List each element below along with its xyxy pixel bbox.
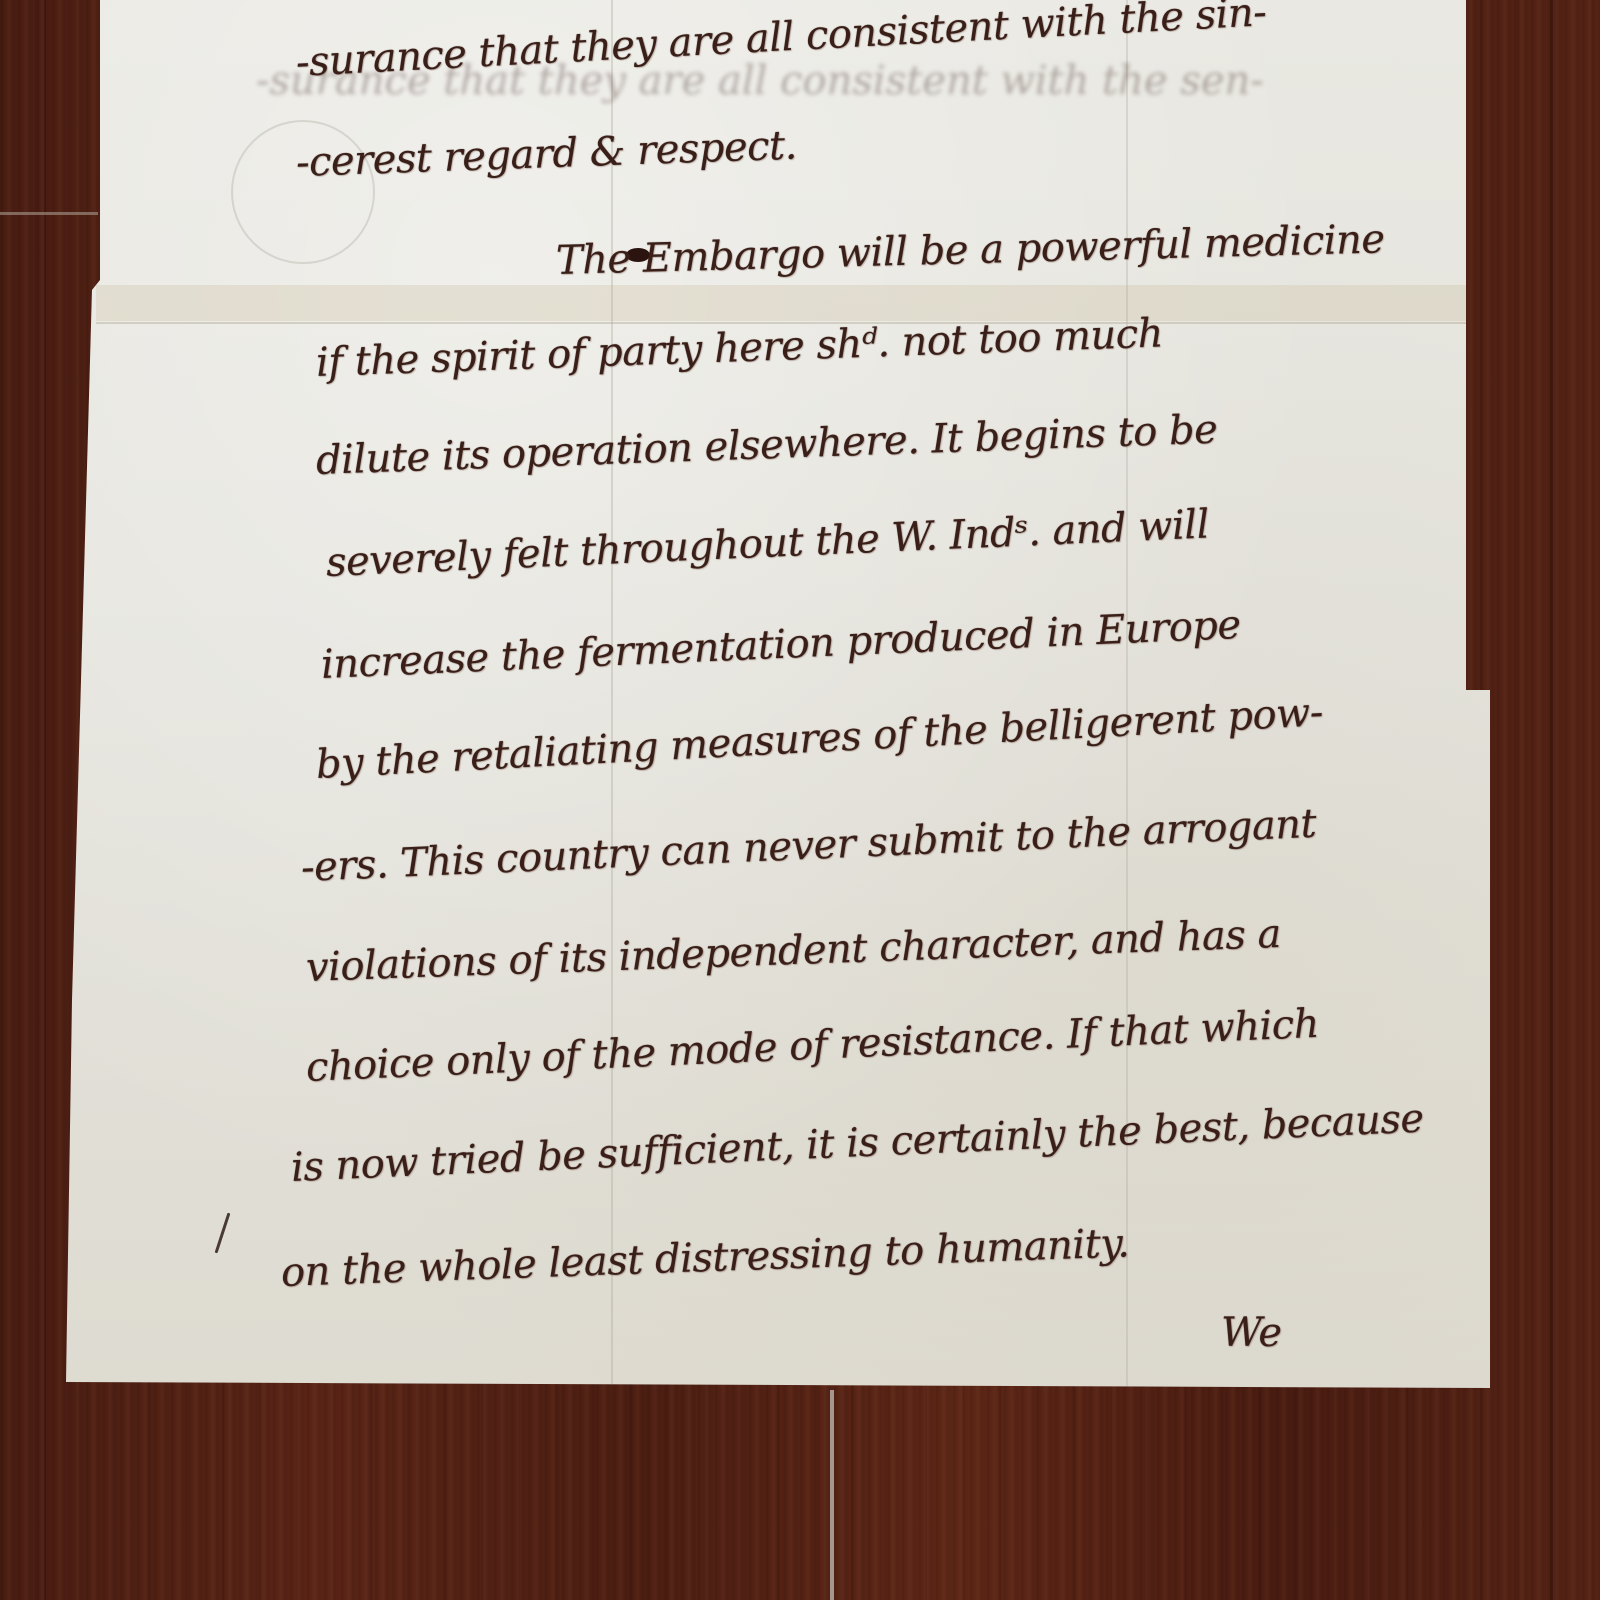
letter-line-7: increase the fermentation produced in Eu… bbox=[320, 602, 1241, 688]
table-plank-seam bbox=[830, 1390, 834, 1600]
paper-fold-line bbox=[611, 0, 613, 1388]
table-plank-seam bbox=[0, 212, 98, 215]
letter-line-3: The Embargo will be a powerful medicine bbox=[555, 216, 1385, 284]
manuscript-page: -surance that they are all consistent wi… bbox=[66, 0, 1490, 1388]
letter-line-10: violations of its independent character,… bbox=[305, 911, 1281, 991]
catchword: We bbox=[1221, 1310, 1282, 1356]
letter-line-6: severely felt throughout the W. Indˢ. an… bbox=[325, 501, 1210, 585]
letter-line-2: -cerest regard & respect. bbox=[295, 123, 797, 186]
letter-line-12: is now tried be sufficient, it is certai… bbox=[290, 1096, 1424, 1191]
letter-line-11: choice only of the mode of resistance. I… bbox=[305, 1001, 1320, 1091]
letter-line-13: on the whole least distressing to humani… bbox=[280, 1220, 1130, 1296]
paper-fold-band bbox=[96, 285, 1466, 321]
letter-line-9: -ers. This country can never submit to t… bbox=[300, 801, 1317, 891]
table-plank-seam bbox=[44, 0, 46, 1600]
letter-line-5: dilute its operation elsewhere. It begin… bbox=[315, 407, 1218, 484]
table-plank-seam bbox=[1550, 0, 1553, 1600]
letter-line-8: by the retaliating measures of the belli… bbox=[315, 689, 1324, 788]
paper-fold-line bbox=[1126, 0, 1128, 1388]
margin-mark bbox=[215, 1213, 231, 1254]
